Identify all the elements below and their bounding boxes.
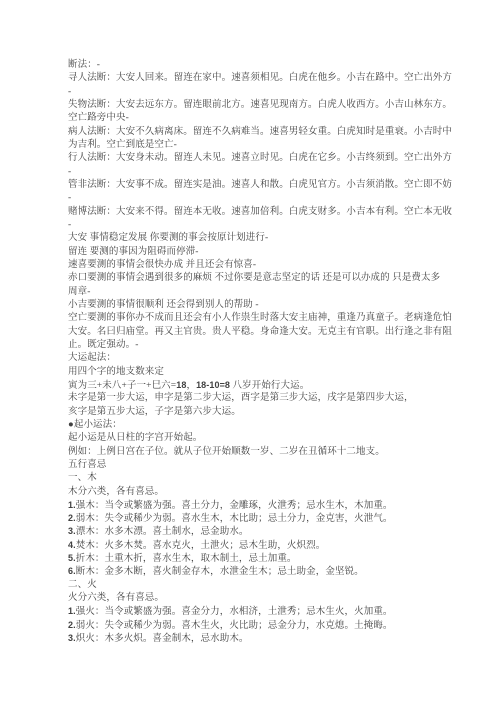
text-segment: - <box>68 167 71 177</box>
text-line: 寻人法断：大安人回来。留连在家中。速喜须相见。白虎在他乡。小吉在路中。空亡出外方 <box>68 72 460 85</box>
text-line: 二、火 <box>68 579 460 592</box>
bold-text-segment: 3. <box>68 526 76 536</box>
text-segment: 折木：土重木折，喜水生木，取木制土，忌土加重。 <box>76 554 297 564</box>
text-line: 行人法断：大安身未动。留连人未见。速喜立时见。白虎在它乡。小吉终须到。空亡出外方 <box>68 152 460 165</box>
text-line: 留连 要测的事因为阻碍而停滞- <box>68 246 460 259</box>
text-segment: 二、火 <box>68 580 97 590</box>
text-segment: 火分六类，各有喜忌。 <box>68 593 164 603</box>
text-segment: 寻人法断：大安人回来。留连在家中。速喜须相见。白虎在他乡。小吉在路中。空亡出外方 <box>68 73 452 83</box>
text-line: 2.弱木：失令或稀少为弱。喜水生木，木比助；忌土分力，金克害，火泄气。 <box>68 512 460 525</box>
text-segment: 大安 事情稳定发展 你要测的事会按原计划进行- <box>68 233 268 243</box>
text-line: 赌博法断：大安来不得。留连本无收。速喜加倍利。白虎支财多。小吉本有利。空亡本无收 <box>68 206 460 219</box>
text-line: 6.断木：金多木断，喜火制金存木，水泄金生木；忌土助金，金坚锐。 <box>68 565 460 578</box>
text-segment: 行人法断：大安身未动。留连人未见。速喜立时见。白虎在它乡。小吉终须到。空亡出外方 <box>68 153 452 163</box>
text-segment: 小吉要测的事情很顺利 还会得到别人的帮助 - <box>68 300 259 310</box>
text-segment: 用四个字的地支数来定 <box>68 367 164 377</box>
text-segment: 弱火：失令或稀少为弱。喜木生火，火比助；忌金分力，水克熄。土掩晦。 <box>76 621 393 631</box>
text-segment: 五行喜忌 <box>68 460 106 470</box>
text-line: - <box>68 219 460 232</box>
bold-text-segment: 1. <box>68 606 76 616</box>
text-line: 5.折木：土重木折，喜水生木，取木制土，忌土加重。 <box>68 552 460 565</box>
bold-text-segment: 4. <box>68 540 76 550</box>
text-line: 失物法断：大安去远东方。留连眼前北方。速喜见现南方。白虎人收西方。小吉山林东方。 <box>68 99 460 112</box>
text-line: 管非法断：大安事不成。留连实是油。速喜人和散。白虎见官方。小吉须消散。空亡即不妨 <box>68 179 460 192</box>
text-segment: 赌博法断：大安来不得。留连本无收。速喜加倍利。白虎支财多。小吉本有利。空亡本无收 <box>68 207 452 217</box>
text-line: 断法：- <box>68 59 460 72</box>
text-line: 亥字是第五步大运，子字是第六步大运。 <box>68 406 460 419</box>
text-line: 周章- <box>68 286 460 299</box>
text-segment: 空亡要测的事你办不成而且还会有小人作祟生时落大安主庙神，重逢乃真童子。老病逢危怕 <box>68 313 452 323</box>
text-line: 为吉利。空亡到底是空亡- <box>68 139 460 152</box>
text-segment: 起小运是从日柱的字宫开始起。 <box>68 433 202 443</box>
text-line: 大运起法： <box>68 352 460 365</box>
text-segment: 留连 要测的事因为阻碍而停滞- <box>68 247 199 257</box>
text-segment: 一、木 <box>68 473 97 483</box>
text-line: 五行喜忌 <box>68 459 460 472</box>
bold-text-segment: 3. <box>68 633 76 643</box>
text-line: 1.强木：当令或繁盛为强。喜土分力，金雕琢，火泄秀；忌水生木，木加重。 <box>68 499 460 512</box>
text-line: 寅为三+未八+子一+巳六=18，18-10=8 八岁开始行大运。 <box>68 379 460 392</box>
text-line: 一、木 <box>68 472 460 485</box>
bold-text-segment: 6. <box>68 566 76 576</box>
text-segment: 漂木：水多木漂。喜土制水，忌金助水。 <box>76 527 249 537</box>
text-segment: 为吉利。空亡到底是空亡- <box>68 140 177 150</box>
text-line: 用四个字的地支数来定 <box>68 366 460 379</box>
text-line: 未字是第一步大运，申字是第二步大运，酉字是第三步大运，戌字是第四步大运， <box>68 392 460 405</box>
bold-text-segment: 2. <box>68 513 76 523</box>
text-segment: 强木：当令或繁盛为强。喜土分力，金雕琢，火泄秀；忌水生木，木加重。 <box>76 501 393 511</box>
text-segment: 八岁开始行大运。 <box>230 381 309 391</box>
text-segment: 木分六类，各有喜忌。 <box>68 487 164 497</box>
text-segment: 周章- <box>68 287 90 297</box>
text-segment: 例如：上例日宫在子位。就从子位开始顺数一岁、二岁在丑循环十二地支。 <box>68 447 385 457</box>
text-segment: - <box>68 87 71 97</box>
text-segment: 强火：当令或繁盛为强。喜金分力，水相济，土泄秀；忌木生火，火加重。 <box>76 607 393 617</box>
text-segment: 管非法断：大安事不成。留连实是油。速喜人和散。白虎见官方。小吉须消散。空亡即不妨 <box>68 180 452 190</box>
text-line: 火分六类，各有喜忌。 <box>68 592 460 605</box>
text-line: 4.焚木：火多木焚。喜水克火，土泄火；忌木生助，火炽烈。 <box>68 539 460 552</box>
text-segment: ， <box>186 381 196 391</box>
text-line: - <box>68 166 460 179</box>
text-line: 1.强火：当令或繁盛为强。喜金分力，水相济，土泄秀；忌木生火，火加重。 <box>68 605 460 618</box>
text-segment: 断木：金多木断，喜火制金存木，水泄金生木；忌土助金，金坚锐。 <box>76 567 364 577</box>
text-segment: 弱木：失令或稀少为弱。喜水生木，木比助；忌土分力，金克害，火泄气。 <box>76 514 393 524</box>
text-line: 空亡路旁中央- <box>68 112 460 125</box>
text-segment: 速喜要测的事情会很快办成 并且还会有惊喜- <box>68 260 256 270</box>
text-line: 3.漂木：水多木漂。喜土制水，忌金助水。 <box>68 525 460 538</box>
text-line: 小吉要测的事情很顺利 还会得到别人的帮助 - <box>68 299 460 312</box>
text-segment: 炽火：木多火炽。喜金制木，忌水助木。 <box>76 634 249 644</box>
text-segment: 止。既定强动。- <box>68 340 138 350</box>
text-line: 病人法断：大安不久病离床。留连不久病难当。速喜男轻女重。白虎知时是重衰。小吉时中 <box>68 126 460 139</box>
text-segment: 断法：- <box>68 60 100 70</box>
text-line: 2.弱火：失令或稀少为弱。喜木生火，火比助；忌金分力，水克熄。土掩晦。 <box>68 619 460 632</box>
text-segment: 病人法断：大安不久病离床。留连不久病难当。速喜男轻女重。白虎知时是重衰。小吉时中 <box>68 127 452 137</box>
text-segment: 大安。名曰归庙堂。再又主官贵。贵人平稳。身命逢大安。无克主有官职。出行逢之非有阻 <box>68 327 452 337</box>
text-segment: ●起小运法： <box>68 420 122 430</box>
document-page: 断法：-寻人法断：大安人回来。留连在家中。速喜须相见。白虎在他乡。小吉在路中。空… <box>0 0 500 707</box>
bold-text-segment: 5. <box>68 553 76 563</box>
text-segment: 空亡路旁中央- <box>68 113 129 123</box>
text-line: 起小运是从日柱的字宫开始起。 <box>68 432 460 445</box>
text-segment: 大运起法： <box>68 353 116 363</box>
text-line: 例如：上例日宫在子位。就从子位开始顺数一岁、二岁在丑循环十二地支。 <box>68 446 460 459</box>
text-segment: 亥字是第五步大运，子字是第六步大运。 <box>68 407 241 417</box>
text-line: 速喜要测的事情会很快办成 并且还会有惊喜- <box>68 259 460 272</box>
bold-text-segment: 18 <box>176 380 186 390</box>
text-line: - <box>68 86 460 99</box>
text-line: 空亡要测的事你办不成而且还会有小人作祟生时落大安主庙神，重逢乃真童子。老病逢危怕 <box>68 312 460 325</box>
text-line: 止。既定强动。- <box>68 339 460 352</box>
text-line: 大安 事情稳定发展 你要测的事会按原计划进行- <box>68 232 460 245</box>
text-line: - <box>68 192 460 205</box>
bold-text-segment: 18-10=8 <box>196 380 230 390</box>
text-segment: - <box>68 220 71 230</box>
bold-text-segment: 1. <box>68 500 76 510</box>
text-segment: 失物法断：大安去远东方。留连眼前北方。速喜见现南方。白虎人收西方。小吉山林东方。 <box>68 100 452 110</box>
text-segment: 寅为三+未八+子一+巳六= <box>68 381 176 391</box>
text-line: 赤口要测的事情会遇到很多的麻烦 不过你要是意志坚定的话 还是可以办成的 只是费太… <box>68 272 460 285</box>
bold-text-segment: 2. <box>68 620 76 630</box>
text-line: ●起小运法： <box>68 419 460 432</box>
text-segment: 赤口要测的事情会遇到很多的麻烦 不过你要是意志坚定的话 还是可以办成的 只是费太… <box>68 273 440 283</box>
document-body: 断法：-寻人法断：大安人回来。留连在家中。速喜须相见。白虎在他乡。小吉在路中。空… <box>68 59 460 645</box>
text-line: 3.炽火：木多火炽。喜金制木，忌水助木。 <box>68 632 460 645</box>
text-line: 木分六类，各有喜忌。 <box>68 486 460 499</box>
text-line: 大安。名曰归庙堂。再又主官贵。贵人平稳。身命逢大安。无克主有官职。出行逢之非有阻 <box>68 326 460 339</box>
text-segment: 未字是第一步大运，申字是第二步大运，酉字是第三步大运，戌字是第四步大运， <box>68 393 414 403</box>
text-segment: - <box>68 193 71 203</box>
text-segment: 焚木：火多木焚。喜水克火，土泄火；忌木生助，火炽烈。 <box>76 541 326 551</box>
